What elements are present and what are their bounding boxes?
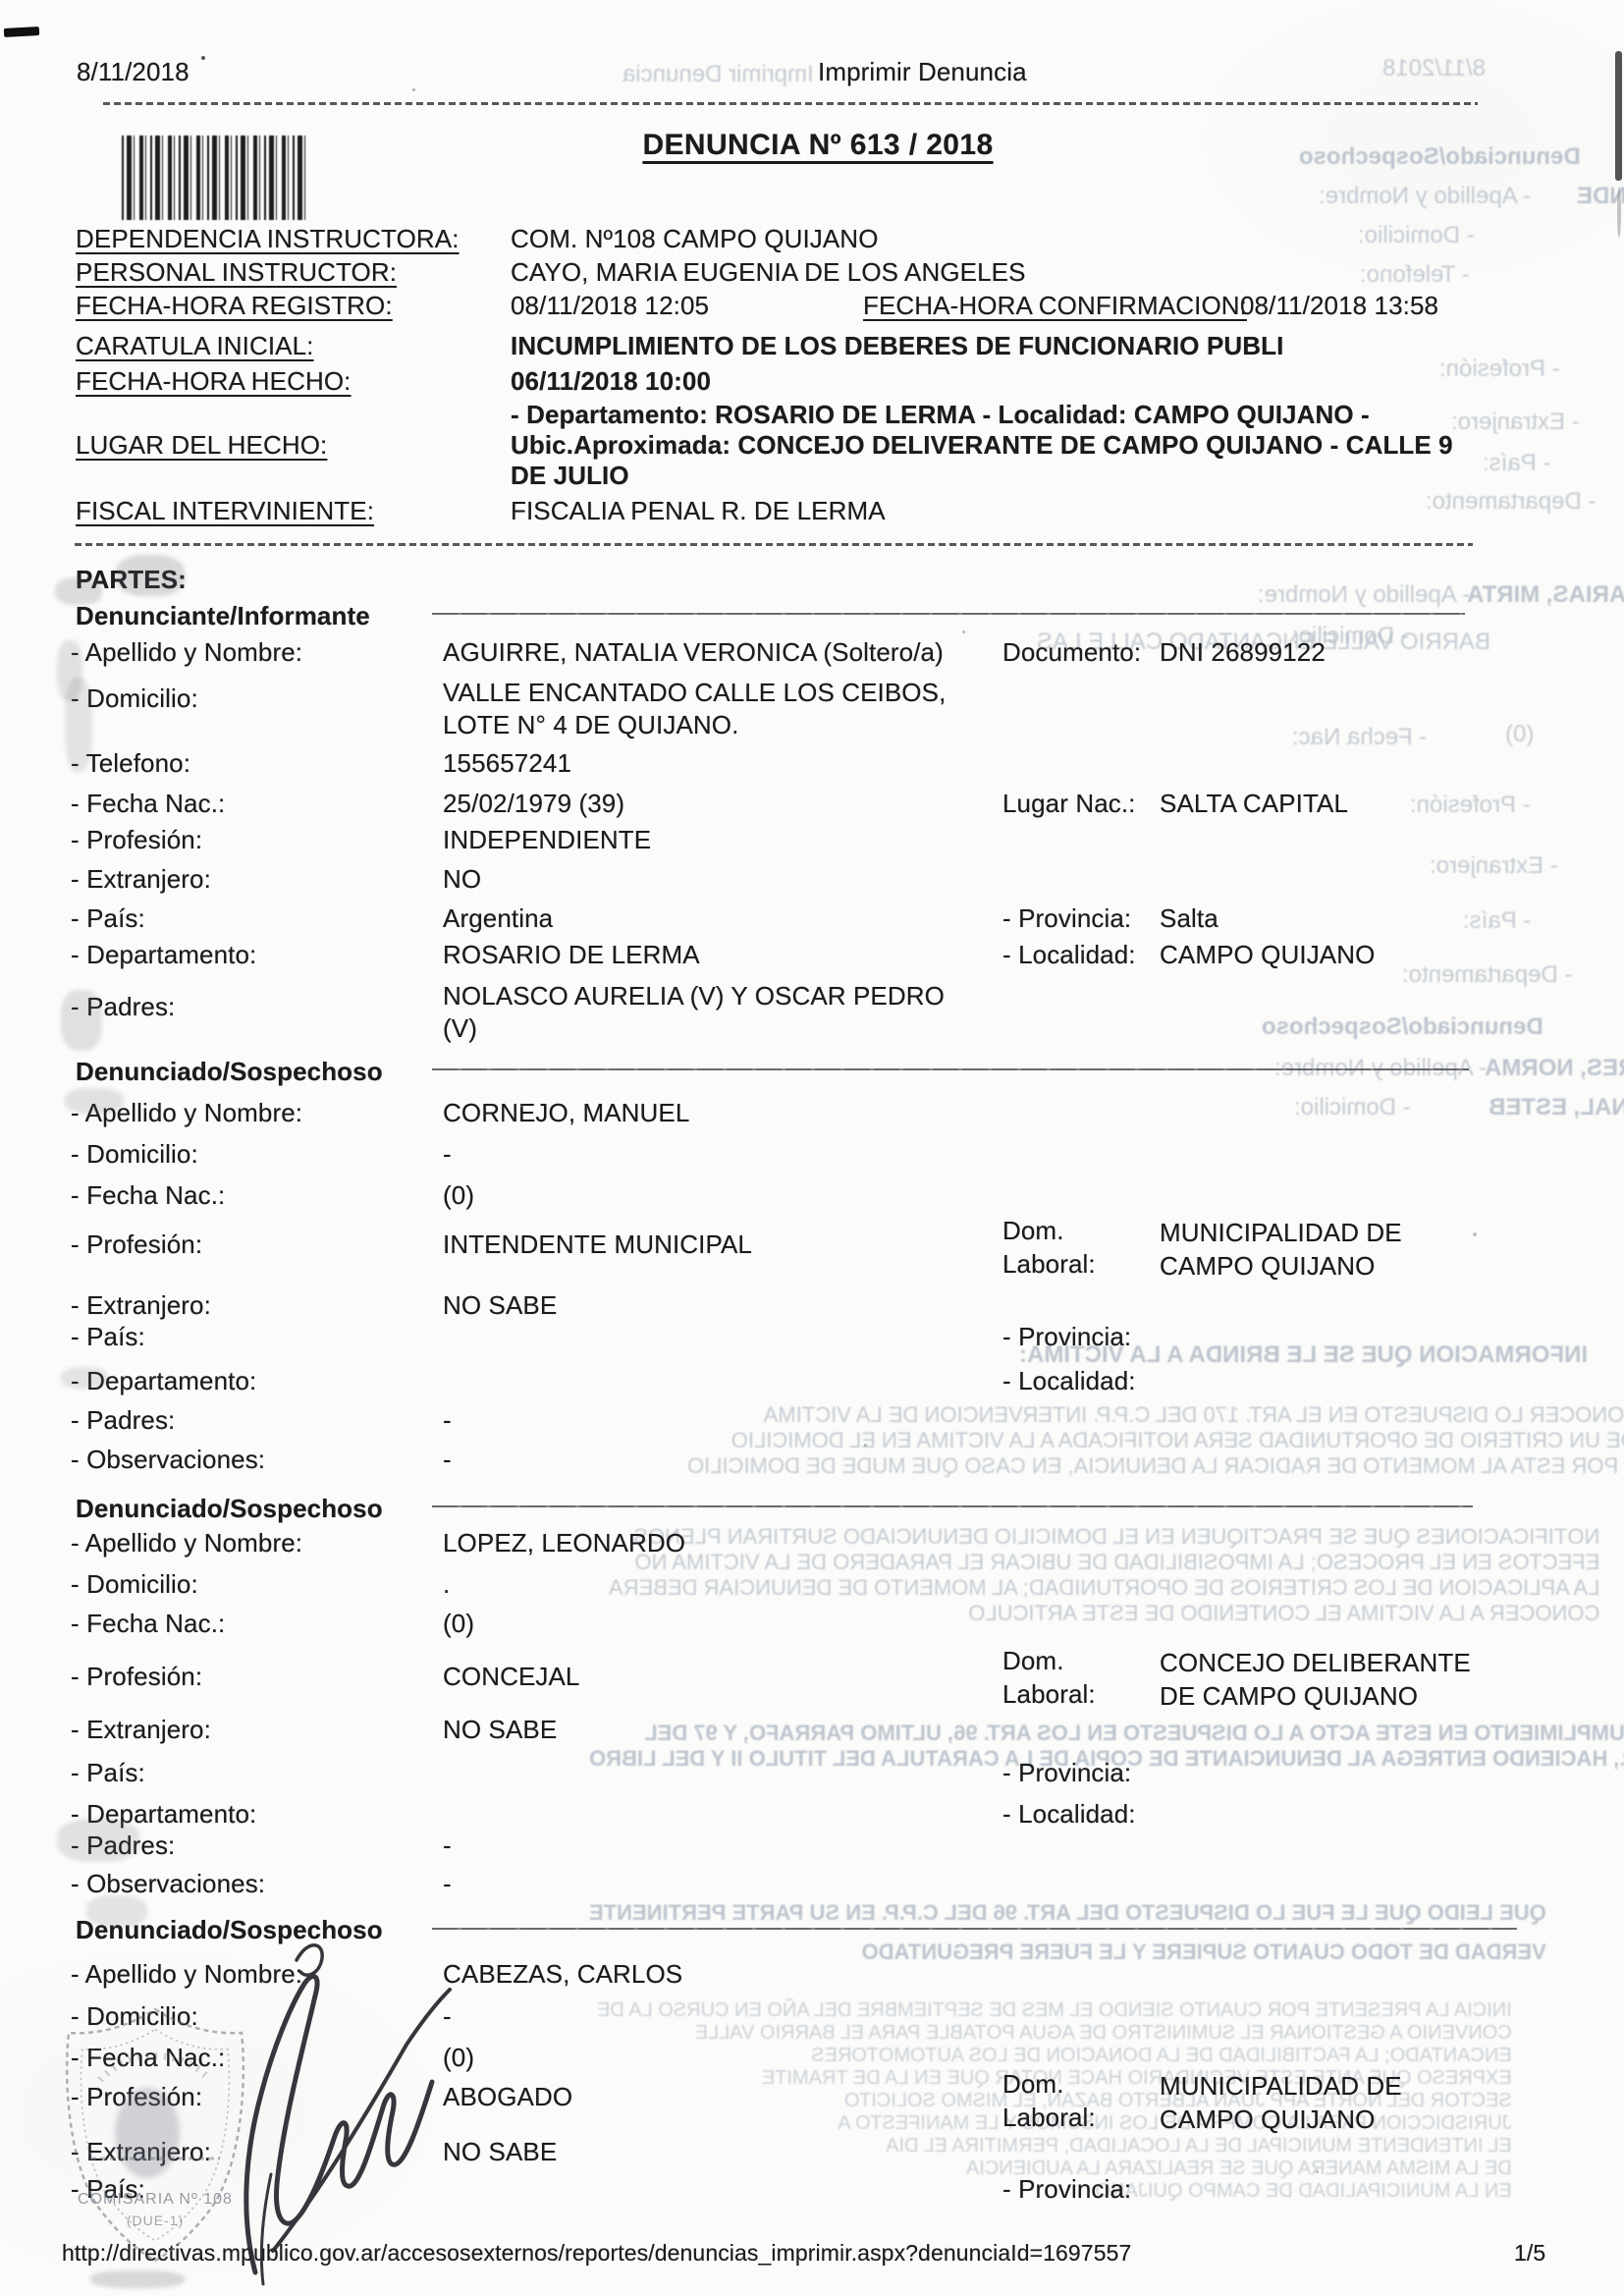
label-domicilio: - Domicilio: — [71, 1569, 198, 1600]
text-line: (V) — [443, 1012, 945, 1045]
value-padres: - — [443, 1405, 452, 1436]
label-provincia: - Provincia: — [1002, 1758, 1131, 1788]
toner-smudge — [90, 2270, 185, 2288]
print-date: 8/11/2018 — [77, 57, 189, 87]
scan-speck — [864, 1444, 867, 1447]
label-laboral: Laboral: — [1002, 1249, 1096, 1280]
toner-smudge — [86, 1895, 147, 1927]
text-line: Ubic.Aproximada: CONCEJO DELIVERANTE DE … — [511, 430, 1453, 461]
bleed-text: (0) — [1505, 721, 1534, 748]
label-provincia: - Provincia: — [1002, 903, 1131, 934]
scan-speck — [201, 56, 205, 60]
value-observaciones: - — [443, 1445, 452, 1475]
bleed-paragraph: SE LE HACE CONOCER LO DISPUESTO EN EL AR… — [687, 1402, 1624, 1479]
label-extranjero: - Extranjero: — [71, 1715, 211, 1745]
value-pais: Argentina — [443, 903, 553, 934]
scan-speck — [520, 1105, 523, 1108]
value-domicilio: . — [443, 1569, 450, 1600]
bleed-text: - Profesión: — [1439, 355, 1560, 383]
bleed-text: Denunciado/Sospechoso — [1299, 143, 1581, 171]
toner-smudge — [57, 1819, 139, 1862]
stamp-arc-text-marks — [100, 2055, 210, 2080]
label-fecha-nac: - Fecha Nac.: — [71, 789, 225, 819]
scan-mark — [4, 27, 39, 37]
text-line: CAMPO QUIJANO — [1160, 1249, 1402, 1283]
value-departamento: ROSARIO DE LERMA — [443, 940, 700, 970]
value-padres: - — [443, 1831, 452, 1861]
bleed-text: - Apellido y Nombre: — [1319, 183, 1531, 210]
label-fecha-hecho: FECHA-HORA HECHO: — [76, 366, 352, 397]
bleed-paragraph: QUE LEIDO QUE LE FUE LO DISPUESTO DEL AR… — [589, 1893, 1546, 1972]
text-line: CONSTITUIDO POR ESTA AL MOMENTO DE RADIC… — [687, 1453, 1624, 1479]
toner-smudge — [61, 1367, 108, 1389]
toner-smudge — [116, 555, 185, 596]
bleed-text: - Domicilio: — [1358, 222, 1475, 249]
value-profesion: INDEPENDIENTE — [443, 825, 651, 855]
text-line: MUNICIPALIDAD DE — [1160, 1216, 1402, 1249]
text-line: LA APLICACION DE LOS CRITERIOS DE OPORTU… — [609, 1575, 1599, 1601]
label-departamento: - Departamento: — [71, 940, 256, 970]
text-line: EL INTENDENTE MUNICIPAL DE LA LOCALIDAD,… — [597, 2135, 1512, 2158]
label-dependencia: DEPENDENCIA INSTRUCTORA: — [76, 224, 460, 254]
value-extranjero: NO SABE — [443, 1290, 557, 1321]
page-number: 1/5 — [1514, 2240, 1545, 2267]
scanned-denuncia-page: 8/11/2018 Imprimir Denuncia Denunciado/S… — [0, 0, 1624, 2296]
label-extranjero: - Extranjero: — [71, 864, 211, 895]
scan-speck — [962, 630, 965, 633]
signature — [214, 1927, 469, 2292]
value-provincia: Salta — [1160, 903, 1218, 934]
bleed-text: - Departamento: — [1426, 488, 1596, 516]
label-apellido: - Apellido y Nombre: — [71, 1528, 302, 1558]
stamp-unit-text: COMISARIA Nº 108 — [78, 2191, 233, 2208]
text-line: SE LE HACE CONOCER LO DISPUESTO EN EL AR… — [687, 1402, 1624, 1428]
bleed-text: - País: — [1463, 907, 1531, 935]
bleed-text: Imprimir Denuncia — [623, 61, 814, 88]
value-documento: DNI 26899122 — [1160, 637, 1326, 668]
label-apellido: - Apellido y Nombre: — [71, 637, 302, 668]
label-localidad: - Localidad: — [1002, 1366, 1136, 1396]
value-lugar-hecho: - Departamento: ROSARIO DE LERMA - Local… — [511, 400, 1453, 491]
value-apellido: CORNEJO, MANUEL — [443, 1098, 689, 1128]
text-line: MUNICIPALIDAD DE — [1160, 2069, 1402, 2103]
text-line: INICIA LA PRESENTE POR CUANTO SIENDO EL … — [597, 1999, 1512, 2022]
text-line: CONCEJO DELIBERANTE — [1160, 1646, 1471, 1679]
value-apellido: LOPEZ, LEONARDO — [443, 1528, 685, 1558]
label-fiscal: FISCAL INTERVINIENTE: — [76, 496, 374, 526]
value-profesion: INTENDENTE MUNICIPAL — [443, 1230, 752, 1260]
stamp-center-emblem — [115, 2088, 180, 2178]
label-personal-instructor: PERSONAL INSTRUCTOR: — [76, 257, 397, 288]
value-apellido: CABEZAS, CARLOS — [443, 1959, 682, 1990]
value-lugar-nac: SALTA CAPITAL — [1160, 789, 1348, 819]
value-fecha-nac: (0) — [443, 1180, 474, 1211]
text-line: VALLE ENCANTADO CALLE LOS CEIBOS, — [443, 677, 946, 709]
label-provincia: - Provincia: — [1002, 2174, 1131, 2205]
scan-speck — [412, 88, 415, 91]
label-padres: - Padres: — [71, 1405, 175, 1436]
label-localidad: - Localidad: — [1002, 940, 1136, 970]
scan-speck — [1316, 2170, 1319, 2173]
section-heading-line — [432, 1068, 1469, 1070]
barcode — [122, 136, 310, 220]
value-caratula: INCUMPLIMIENTO DE LOS DEBERES DE FUNCION… — [511, 331, 1283, 361]
label-observaciones: - Observaciones: — [71, 1869, 265, 1899]
label-fecha-confirmacion: FECHA-HORA CONFIRMACION: — [863, 291, 1247, 321]
bleed-text: - Domicilio: — [1294, 1094, 1411, 1121]
value-domicilio: VALLE ENCANTADO CALLE LOS CEIBOS,LOTE N°… — [443, 677, 946, 741]
label-dom: Dom. — [1002, 2069, 1064, 2100]
value-telefono: 155657241 — [443, 748, 571, 779]
section-heading-line — [432, 1928, 1517, 1930]
bleed-text: Denunciado/Sospechoso — [1262, 1013, 1543, 1041]
toner-smudge — [55, 577, 102, 605]
stamp-code-text: (DUE-1) — [127, 2213, 184, 2228]
section-heading-line — [432, 613, 1465, 615]
section-divider-line — [75, 543, 1473, 546]
value-localidad: CAMPO QUIJANO — [1160, 940, 1375, 970]
text-line: CAMPO QUIJANO — [1160, 2103, 1402, 2136]
text-line: ENCANTADO; LA FACTIBILIDAD DE LA DONACIO… — [597, 2045, 1512, 2067]
header-divider-line — [103, 102, 1478, 105]
label-extranjero: - Extranjero: — [71, 1290, 211, 1321]
value-dom-laboral: CONCEJO DELIBERANTEDE CAMPO QUIJANO — [1160, 1646, 1471, 1713]
toner-smudge — [65, 1088, 124, 1114]
scan-speck — [1473, 1232, 1477, 1236]
label-pais: - País: — [71, 903, 145, 934]
section-heading-denunciado-2: Denunciado/Sospechoso — [76, 1494, 383, 1524]
bleed-text: FLORES, NORMA — [1485, 1055, 1624, 1082]
toner-smudge — [61, 990, 102, 1051]
value-personal-instructor: CAYO, MARIA EUGENIA DE LOS ANGELES — [511, 257, 1026, 288]
text-line: APLICACION DE UN CRITERIO DE OPORTUNIDAD… — [687, 1428, 1624, 1453]
bleed-text: - Apellido y Nombre: — [1258, 581, 1470, 609]
label-fecha-nac: - Fecha Nac.: — [71, 1180, 225, 1211]
bleed-text: - Profesión: — [1410, 792, 1531, 819]
label-laboral: Laboral: — [1002, 2103, 1096, 2133]
label-profesion: - Profesión: — [71, 1230, 202, 1260]
bleed-text: 8/11/2018 — [1382, 55, 1486, 82]
label-laboral: Laboral: — [1002, 1679, 1096, 1710]
label-domicilio: - Domicilio: — [71, 1139, 198, 1170]
page-title: DENUNCIA Nº 613 / 2018 — [587, 129, 1049, 162]
value-dependencia: COM. Nº108 CAMPO QUIJANO — [511, 224, 879, 254]
text-line: QUE LEIDO QUE LE FUE LO DISPUESTO DEL AR… — [589, 1893, 1546, 1933]
bleed-text: - Departamento: — [1402, 961, 1572, 989]
value-apellido: AGUIRRE, NATALIA VERONICA (Soltero/a) — [443, 637, 944, 668]
print-header-title: Imprimir Denuncia — [818, 57, 1027, 87]
text-line: CONOCER A LA VICTIMA EL CONTENIDO DE EST… — [609, 1601, 1599, 1626]
label-lugar-hecho: LUGAR DEL HECHO: — [76, 430, 327, 461]
bleed-text: - Extranjero: — [1451, 409, 1580, 436]
value-extranjero: NO — [443, 864, 481, 895]
scan-edge-streak — [1617, 187, 1621, 238]
section-heading-denunciado-1: Denunciado/Sospechoso — [76, 1057, 383, 1087]
bleed-text: ARIAS, MIRTA — [1467, 581, 1624, 609]
label-observaciones: - Observaciones: — [71, 1445, 265, 1475]
value-fiscal: FISCALIA PENAL R. DE LERMA — [511, 496, 886, 526]
value-fecha-nac: 25/02/1979 (39) — [443, 789, 624, 819]
value-observaciones: - — [443, 1869, 452, 1899]
value-padres: NOLASCO AURELIA (V) Y OSCAR PEDRO(V) — [443, 980, 945, 1045]
bleed-text: CANAL, ESTEB — [1489, 1094, 1624, 1121]
bleed-text: - Extranjero: — [1430, 852, 1558, 880]
scan-edge-streak — [1615, 51, 1622, 181]
bleed-text: - Fecha Nac: — [1292, 724, 1427, 751]
label-fecha-nac: - Fecha Nac.: — [71, 1609, 225, 1639]
label-pais: - País: — [71, 1322, 145, 1352]
label-localidad: - Localidad: — [1002, 1799, 1136, 1830]
text-line: NOLASCO AURELIA (V) Y OSCAR PEDRO — [443, 980, 945, 1012]
label-profesion: - Profesión: — [71, 1662, 202, 1692]
value-dom-laboral: MUNICIPALIDAD DECAMPO QUIJANO — [1160, 2069, 1402, 2136]
value-fecha-registro: 08/11/2018 12:05 — [511, 291, 709, 321]
text-line: DE CAMPO QUIJANO — [1160, 1679, 1471, 1713]
label-fecha-registro: FECHA-HORA REGISTRO: — [76, 291, 393, 321]
label-documento: Documento: — [1002, 637, 1141, 668]
text-line: - Departamento: ROSARIO DE LERMA - Local… — [511, 400, 1453, 430]
bleed-text: - País: — [1483, 450, 1550, 477]
text-line: EFECTOS EN EL PROCESO; LA IMPOSIBILIDAD … — [609, 1550, 1599, 1575]
toner-smudge — [65, 678, 92, 772]
value-fecha-confirmacion: 08/11/2018 13:58 — [1240, 291, 1438, 321]
text-line: CONVENIO A GESTIONAR EL SUMINISTRO DE AG… — [597, 2022, 1512, 2045]
bleed-text: - Telefono: — [1360, 261, 1470, 289]
text-line: VERDAD DE TODO CUANTO SUPIERE Y LE FUERE… — [589, 1933, 1546, 1972]
label-provincia: - Provincia: — [1002, 1322, 1131, 1352]
value-profesion: CONCEJAL — [443, 1662, 580, 1692]
text-line: DE JULIO — [511, 461, 1453, 491]
value-fecha-nac: (0) — [443, 1609, 474, 1639]
text-line: LOTE N° 4 DE QUIJANO. — [443, 709, 946, 741]
text-line: NOTIFICACIONES QUE SE PRACTIQUEN EN EL D… — [609, 1524, 1599, 1550]
label-caratula: CARATULA INICIAL: — [76, 331, 314, 361]
value-dom-laboral: MUNICIPALIDAD DECAMPO QUIJANO — [1160, 1216, 1402, 1283]
value-domicilio: - — [443, 1139, 452, 1170]
label-profesion: - Profesión: — [71, 825, 202, 855]
text-line: EN CUMPLIMIENTO EN ESTE ACTO A LO DISPUE… — [589, 1721, 1624, 1746]
value-extranjero: NO SABE — [443, 1715, 557, 1745]
label-pais: - País: — [71, 1758, 145, 1788]
value-fecha-hecho: 06/11/2018 10:00 — [511, 366, 711, 397]
section-heading-denunciante: Denunciante/Informante — [76, 601, 370, 631]
label-lugar-nac: Lugar Nac.: — [1002, 789, 1136, 819]
section-heading-line — [432, 1505, 1473, 1507]
label-dom: Dom. — [1002, 1216, 1064, 1246]
label-dom: Dom. — [1002, 1646, 1064, 1676]
bleed-paragraph: NOTIFICACIONES QUE SE PRACTIQUEN EN EL D… — [609, 1524, 1599, 1626]
